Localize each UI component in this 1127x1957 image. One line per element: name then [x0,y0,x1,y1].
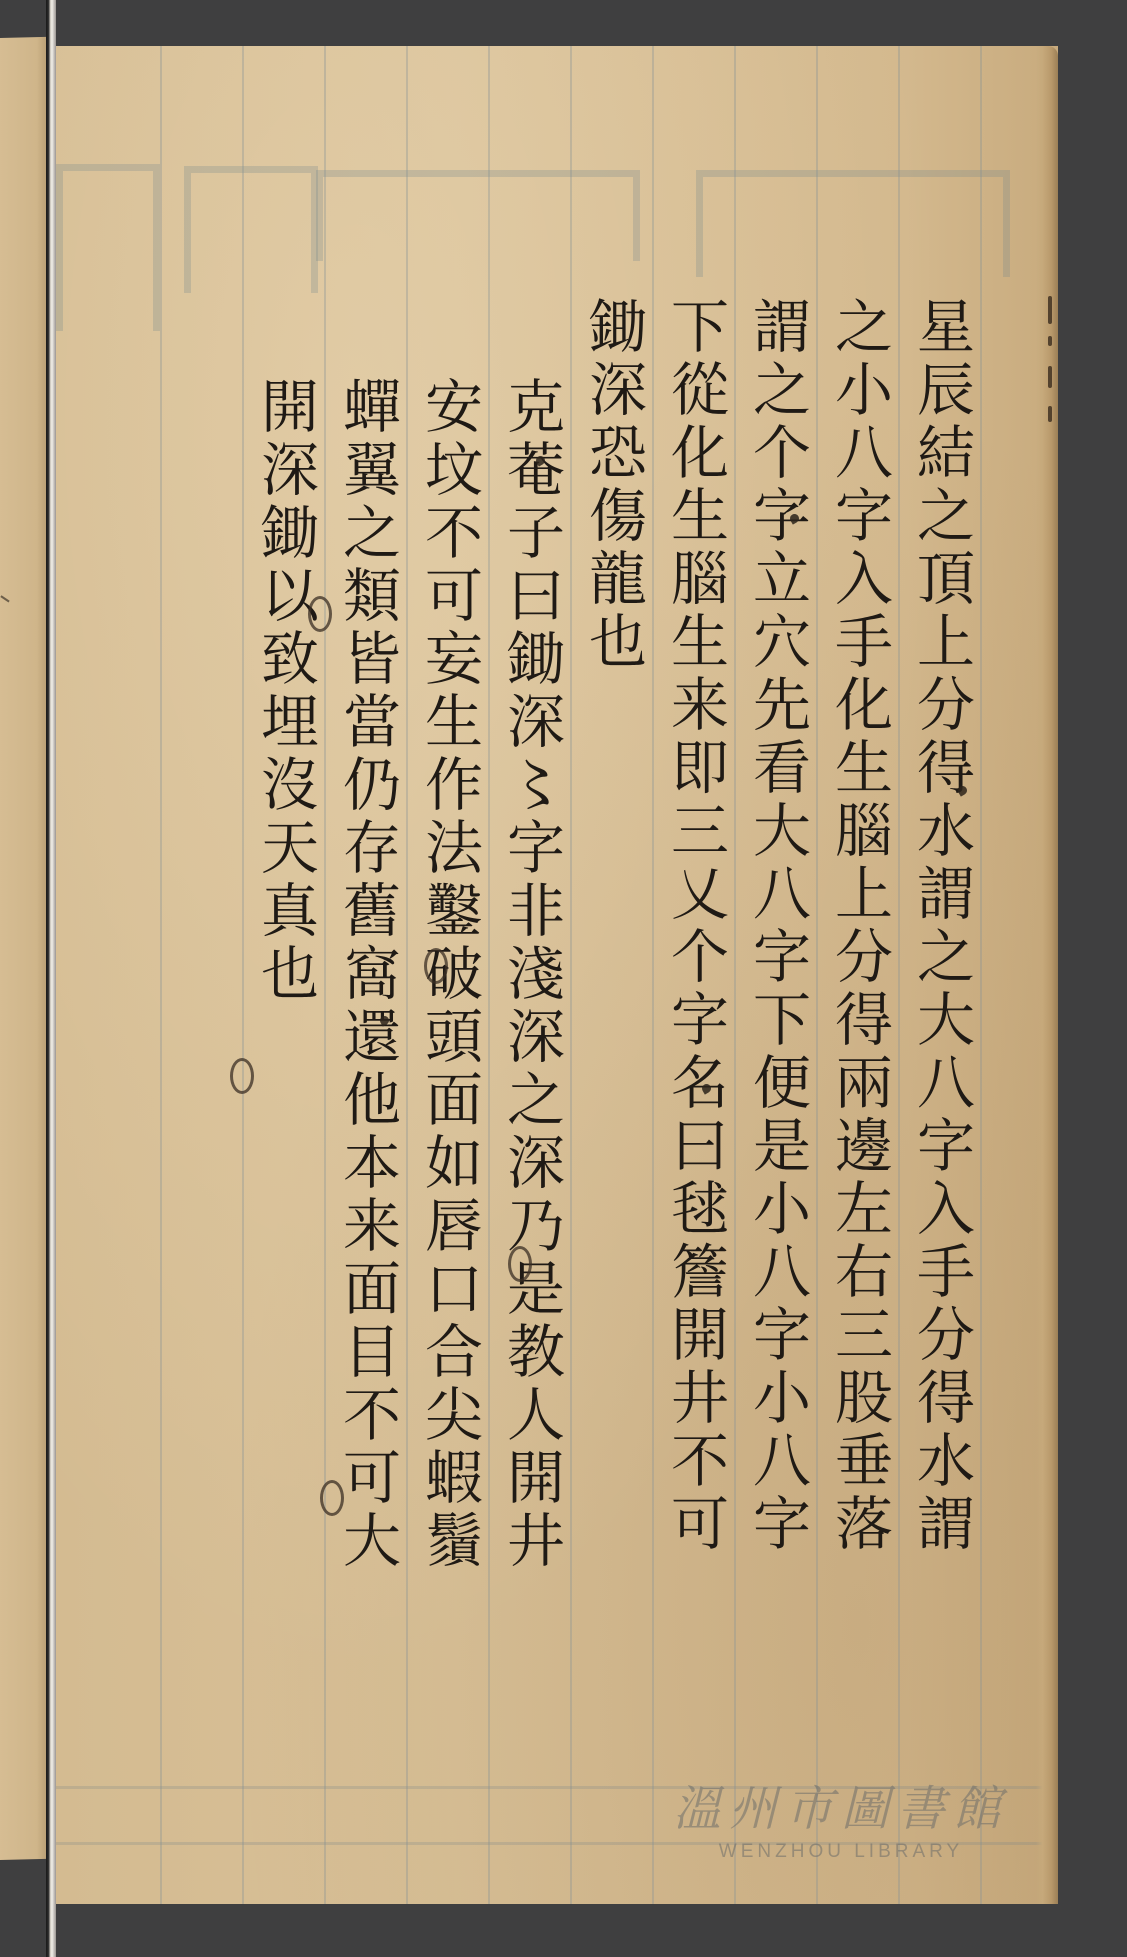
page-fore-edge [1036,46,1058,1904]
text-column-3: 謂之个字立穴先看大八字下便是小八字小八字 [748,296,806,1556]
text-column-1: 星辰結之頂上分得水謂之大八字入手分得水謂 [912,296,970,1556]
annotation-circle [424,948,448,984]
watermark-chinese: 溫州市圖書館 [671,1770,1011,1839]
facing-page-edge [0,37,46,1860]
text-column-4: 下從化生腦生来即三乂个字名曰毬簷開井不可 [666,296,724,1556]
annotation-circle [230,1058,254,1094]
text-column-2: 之小八字入手化生腦上分得兩邊左右三股垂落 [830,296,888,1556]
book-gutter [46,0,56,1957]
text-columns: 星辰結之頂上分得水謂之大八字入手分得水謂 之小八字入手化生腦上分得兩邊左右三股垂… [56,46,1058,1904]
edge-wear [1048,406,1052,422]
text-column-6: 克菴子曰鋤深〻字非淺深之深乃是教人開井 [502,376,560,1573]
manuscript-page: 星辰結之頂上分得水謂之大八字入手分得水謂 之小八字入手化生腦上分得兩邊左右三股垂… [56,46,1058,1904]
edge-wear [1048,366,1052,388]
edge-wear [1048,336,1052,346]
text-column-9: 開深鋤以致埋沒天真也 [256,376,314,1006]
annotation-circle [508,1246,532,1282]
annotation-circle [308,596,332,632]
text-column-8: 蟬翼之類皆當仍存舊窩還他本来面目不可大 [338,376,396,1573]
library-watermark: 溫州市圖書館 WENZHOU LIBRARY [671,1770,1011,1863]
text-column-5: 鋤深恐傷龍也 [584,296,642,674]
edge-wear [1048,296,1052,324]
ink-mark [0,595,9,602]
watermark-english: WENZHOU LIBRARY [671,1841,1011,1863]
annotation-circle [320,1480,344,1516]
